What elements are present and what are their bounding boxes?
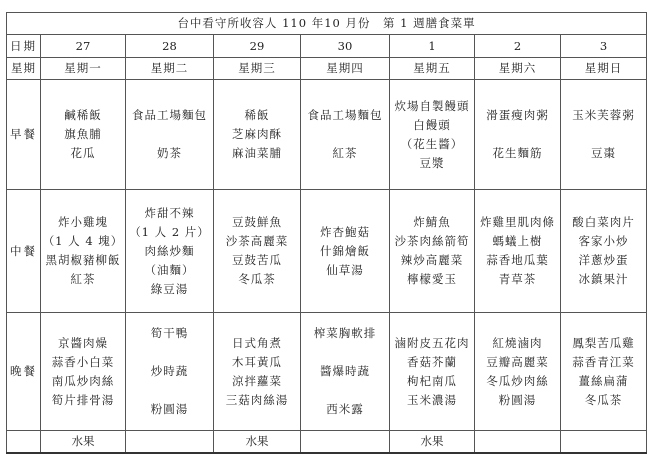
menu-item: 仙草湯 <box>326 261 364 280</box>
dinner-row-label: 晚餐 <box>7 313 41 431</box>
menu-item: 稀飯 <box>245 106 270 125</box>
dinner-items: 紅燒滷肉豆瓣高麗菜冬瓜炒肉絲粉圓湯 <box>475 313 560 430</box>
menu-item: 京醬肉燥 <box>58 334 108 353</box>
weekly-menu-table: 台中看守所收容人 110 年10 月份 第 1 週膳食菜單 日期 27 28 2… <box>6 12 647 454</box>
lunch-items: 炸甜不辣（1 人 2 片）肉絲炒麵（油麵）綠豆湯 <box>126 190 213 312</box>
lunch-items: 炸鯖魚沙茶肉絲箭筍辣炒高麗菜檸檬愛玉 <box>390 190 474 312</box>
menu-item: 蒜香青江菜 <box>572 353 635 372</box>
menu-item: 沙茶肉絲箭筍 <box>395 232 470 251</box>
dinner-cell: 鳳梨苦瓜雞蒜香青江菜薑絲扁蒲冬瓜茶 <box>561 313 647 431</box>
menu-item: 豆鼓苦瓜 <box>232 251 282 270</box>
dinner-cell: 榨菜胸軟排醬爆時蔬西米露 <box>301 313 390 431</box>
menu-item: 豆棗 <box>591 144 616 163</box>
dinner-cell: 紅燒滷肉豆瓣高麗菜冬瓜炒肉絲粉圓湯 <box>475 313 561 431</box>
dinner-cell: 日式角煮木耳黃瓜涼拌蘿菜三菇肉絲湯 <box>214 313 301 431</box>
fruit-cell: 水果 <box>214 431 301 454</box>
breakfast-items: 食品工場麵包紅茶 <box>301 80 389 189</box>
lunch-items: 豆鼓鮮魚沙茶高麗菜豆鼓苦瓜冬瓜茶 <box>214 190 300 312</box>
menu-item: 肉絲炒麵 <box>145 242 195 261</box>
menu-item: 花生麵筋 <box>493 144 543 163</box>
lunch-row: 中餐 炸小雞塊（1 人 4 塊）黑胡椒豬柳飯紅茶炸甜不辣（1 人 2 片）肉絲炒… <box>7 190 647 313</box>
breakfast-row-label: 早餐 <box>7 80 41 190</box>
fruit-cell: 水果 <box>390 431 475 454</box>
menu-item: 炸甜不辣 <box>145 204 195 223</box>
breakfast-items: 玉米芙蓉粥豆棗 <box>561 80 646 189</box>
date-cell: 3 <box>561 35 647 58</box>
weekday-row-label: 星期 <box>7 58 41 80</box>
menu-item: 三菇肉絲湯 <box>226 391 289 410</box>
menu-item: （油麵） <box>145 261 195 280</box>
weekday-cell: 星期六 <box>475 58 561 80</box>
breakfast-items: 稀飯芝麻肉酥麻油菜脯 <box>214 80 300 189</box>
menu-item: 黑胡椒豬柳飯 <box>46 251 121 270</box>
dinner-items: 榨菜胸軟排醬爆時蔬西米露 <box>301 313 389 430</box>
menu-item: 西米露 <box>326 400 364 419</box>
breakfast-cell: 玉米芙蓉粥豆棗 <box>561 80 647 190</box>
menu-item: 食品工場麵包 <box>308 106 383 125</box>
menu-item: 豆鼓鮮魚 <box>232 213 282 232</box>
menu-item: 紅茶 <box>71 270 96 289</box>
menu-item: 什錦燴飯 <box>320 242 370 261</box>
menu-item: （花生醬） <box>401 135 464 154</box>
menu-item: （1 人 2 片） <box>129 223 210 242</box>
menu-item: 香菇芥蘭 <box>407 353 457 372</box>
menu-item: 冬瓜炒肉絲 <box>486 372 549 391</box>
menu-item: 涼拌蘿菜 <box>232 372 282 391</box>
menu-item: 筍干鴨 <box>151 324 189 343</box>
menu-item: 豆瓣高麗菜 <box>486 353 549 372</box>
breakfast-cell: 炊場自製饅頭白饅頭（花生醬）豆漿 <box>390 80 475 190</box>
lunch-items: 酸白菜肉片客家小炒洋蔥炒蛋冰鎮果汁 <box>561 190 646 312</box>
weekday-cell: 星期日 <box>561 58 647 80</box>
menu-item: 沙茶高麗菜 <box>226 232 289 251</box>
lunch-cell: 炸鯖魚沙茶肉絲箭筍辣炒高麗菜檸檬愛玉 <box>390 190 475 313</box>
menu-item: 青草茶 <box>499 270 537 289</box>
date-cell: 1 <box>390 35 475 58</box>
fruit-cell <box>301 431 390 454</box>
menu-item: 滑蛋瘦肉粥 <box>486 106 549 125</box>
breakfast-items: 滑蛋瘦肉粥花生麵筋 <box>475 80 560 189</box>
menu-item: 炸鯖魚 <box>413 213 451 232</box>
menu-item: 炸小雞塊 <box>58 213 108 232</box>
lunch-cell: 炸甜不辣（1 人 2 片）肉絲炒麵（油麵）綠豆湯 <box>126 190 214 313</box>
menu-item: 奶茶 <box>157 144 182 163</box>
weekday-cell: 星期四 <box>301 58 390 80</box>
lunch-row-label: 中餐 <box>7 190 41 313</box>
date-cell: 27 <box>41 35 126 58</box>
menu-item: 粉圓湯 <box>151 400 189 419</box>
menu-item: 辣炒高麗菜 <box>401 251 464 270</box>
menu-item: 玉米芙蓉粥 <box>572 106 635 125</box>
dinner-cell: 京醬肉燥蒜香小白菜南瓜炒肉絲筍片排骨湯 <box>41 313 126 431</box>
menu-item: 旗魚脯 <box>64 125 102 144</box>
menu-item: 滷附皮五花肉 <box>395 334 470 353</box>
fruit-cell <box>126 431 214 454</box>
menu-item: 白饅頭 <box>413 116 451 135</box>
breakfast-items: 食品工場麵包奶茶 <box>126 80 213 189</box>
weekday-row: 星期 星期一 星期二 星期三 星期四 星期五 星期六 星期日 <box>7 58 647 80</box>
breakfast-items: 鹹稀飯旗魚脯花瓜 <box>41 80 125 189</box>
lunch-cell: 炸雞里肌肉條螞蟻上樹蒜香地瓜葉青草茶 <box>475 190 561 313</box>
breakfast-cell: 鹹稀飯旗魚脯花瓜 <box>41 80 126 190</box>
dinner-cell: 筍干鴨炒時蔬粉圓湯 <box>126 313 214 431</box>
menu-item: 南瓜炒肉絲 <box>52 372 115 391</box>
lunch-items: 炸小雞塊（1 人 4 塊）黑胡椒豬柳飯紅茶 <box>41 190 125 312</box>
menu-item: 玉米濃湯 <box>407 391 457 410</box>
breakfast-cell: 食品工場麵包奶茶 <box>126 80 214 190</box>
menu-item: 鹹稀飯 <box>64 106 102 125</box>
menu-item: 枸杞南瓜 <box>407 372 457 391</box>
fruit-row: 水果 水果 水果 <box>7 431 647 454</box>
fruit-row-label <box>7 431 41 454</box>
breakfast-cell: 食品工場麵包紅茶 <box>301 80 390 190</box>
menu-item: 紅燒滷肉 <box>493 334 543 353</box>
menu-item: 食品工場麵包 <box>132 106 207 125</box>
dinner-items: 日式角煮木耳黃瓜涼拌蘿菜三菇肉絲湯 <box>214 313 300 430</box>
menu-item: （1 人 4 塊） <box>43 232 124 251</box>
menu-item: 日式角煮 <box>232 334 282 353</box>
lunch-cell: 炸小雞塊（1 人 4 塊）黑胡椒豬柳飯紅茶 <box>41 190 126 313</box>
lunch-cell: 豆鼓鮮魚沙茶高麗菜豆鼓苦瓜冬瓜茶 <box>214 190 301 313</box>
fruit-cell: 水果 <box>41 431 126 454</box>
menu-item: 麻油菜脯 <box>232 144 282 163</box>
menu-item: 冰鎮果汁 <box>579 270 629 289</box>
menu-item: 冬瓜茶 <box>238 270 276 289</box>
dinner-cell: 滷附皮五花肉香菇芥蘭枸杞南瓜玉米濃湯 <box>390 313 475 431</box>
menu-item: 芝麻肉酥 <box>232 125 282 144</box>
breakfast-row: 早餐 鹹稀飯旗魚脯花瓜食品工場麵包奶茶稀飯芝麻肉酥麻油菜脯食品工場麵包紅茶炊場自… <box>7 80 647 190</box>
breakfast-cell: 滑蛋瘦肉粥花生麵筋 <box>475 80 561 190</box>
weekday-cell: 星期五 <box>390 58 475 80</box>
menu-item: 螞蟻上樹 <box>493 232 543 251</box>
menu-item: 粉圓湯 <box>499 391 537 410</box>
lunch-cell: 炸杏鮑菇什錦燴飯仙草湯 <box>301 190 390 313</box>
menu-item: 炸雞里肌肉條 <box>480 213 555 232</box>
date-cell: 2 <box>475 35 561 58</box>
menu-item: 炊場自製饅頭 <box>395 97 470 116</box>
menu-item: 炸杏鮑菇 <box>320 223 370 242</box>
menu-title: 台中看守所收容人 110 年10 月份 第 1 週膳食菜單 <box>7 13 647 35</box>
menu-item: 洋蔥炒蛋 <box>579 251 629 270</box>
menu-item: 蒜香地瓜葉 <box>486 251 549 270</box>
menu-item: 薑絲扁蒲 <box>579 372 629 391</box>
menu-item: 豆漿 <box>420 154 445 173</box>
lunch-items: 炸雞里肌肉條螞蟻上樹蒜香地瓜葉青草茶 <box>475 190 560 312</box>
date-row: 日期 27 28 29 30 1 2 3 <box>7 35 647 58</box>
menu-item: 蒜香小白菜 <box>52 353 115 372</box>
menu-item: 木耳黃瓜 <box>232 353 282 372</box>
lunch-items: 炸杏鮑菇什錦燴飯仙草湯 <box>301 190 389 312</box>
date-cell: 28 <box>126 35 214 58</box>
dinner-items: 京醬肉燥蒜香小白菜南瓜炒肉絲筍片排骨湯 <box>41 313 125 430</box>
date-cell: 29 <box>214 35 301 58</box>
date-row-label: 日期 <box>7 35 41 58</box>
date-cell: 30 <box>301 35 390 58</box>
breakfast-items: 炊場自製饅頭白饅頭（花生醬）豆漿 <box>390 80 474 189</box>
lunch-cell: 酸白菜肉片客家小炒洋蔥炒蛋冰鎮果汁 <box>561 190 647 313</box>
dinner-items: 滷附皮五花肉香菇芥蘭枸杞南瓜玉米濃湯 <box>390 313 474 430</box>
weekday-cell: 星期一 <box>41 58 126 80</box>
breakfast-cell: 稀飯芝麻肉酥麻油菜脯 <box>214 80 301 190</box>
menu-item: 醬爆時蔬 <box>320 362 370 381</box>
dinner-items: 筍干鴨炒時蔬粉圓湯 <box>126 313 213 430</box>
fruit-cell <box>561 431 647 454</box>
dinner-row: 晚餐 京醬肉燥蒜香小白菜南瓜炒肉絲筍片排骨湯筍干鴨炒時蔬粉圓湯日式角煮木耳黃瓜涼… <box>7 313 647 431</box>
dinner-items: 鳳梨苦瓜雞蒜香青江菜薑絲扁蒲冬瓜茶 <box>561 313 646 430</box>
menu-item: 炒時蔬 <box>151 362 189 381</box>
weekday-cell: 星期三 <box>214 58 301 80</box>
menu-item: 筍片排骨湯 <box>52 391 115 410</box>
menu-item: 榨菜胸軟排 <box>314 324 377 343</box>
menu-item: 冬瓜茶 <box>585 391 623 410</box>
menu-item: 綠豆湯 <box>151 280 189 299</box>
menu-item: 鳳梨苦瓜雞 <box>572 334 635 353</box>
menu-item: 客家小炒 <box>579 232 629 251</box>
menu-item: 酸白菜肉片 <box>572 213 635 232</box>
fruit-cell <box>475 431 561 454</box>
weekday-cell: 星期二 <box>126 58 214 80</box>
menu-item: 紅茶 <box>333 144 358 163</box>
menu-item: 檸檬愛玉 <box>407 270 457 289</box>
menu-item: 花瓜 <box>71 144 96 163</box>
